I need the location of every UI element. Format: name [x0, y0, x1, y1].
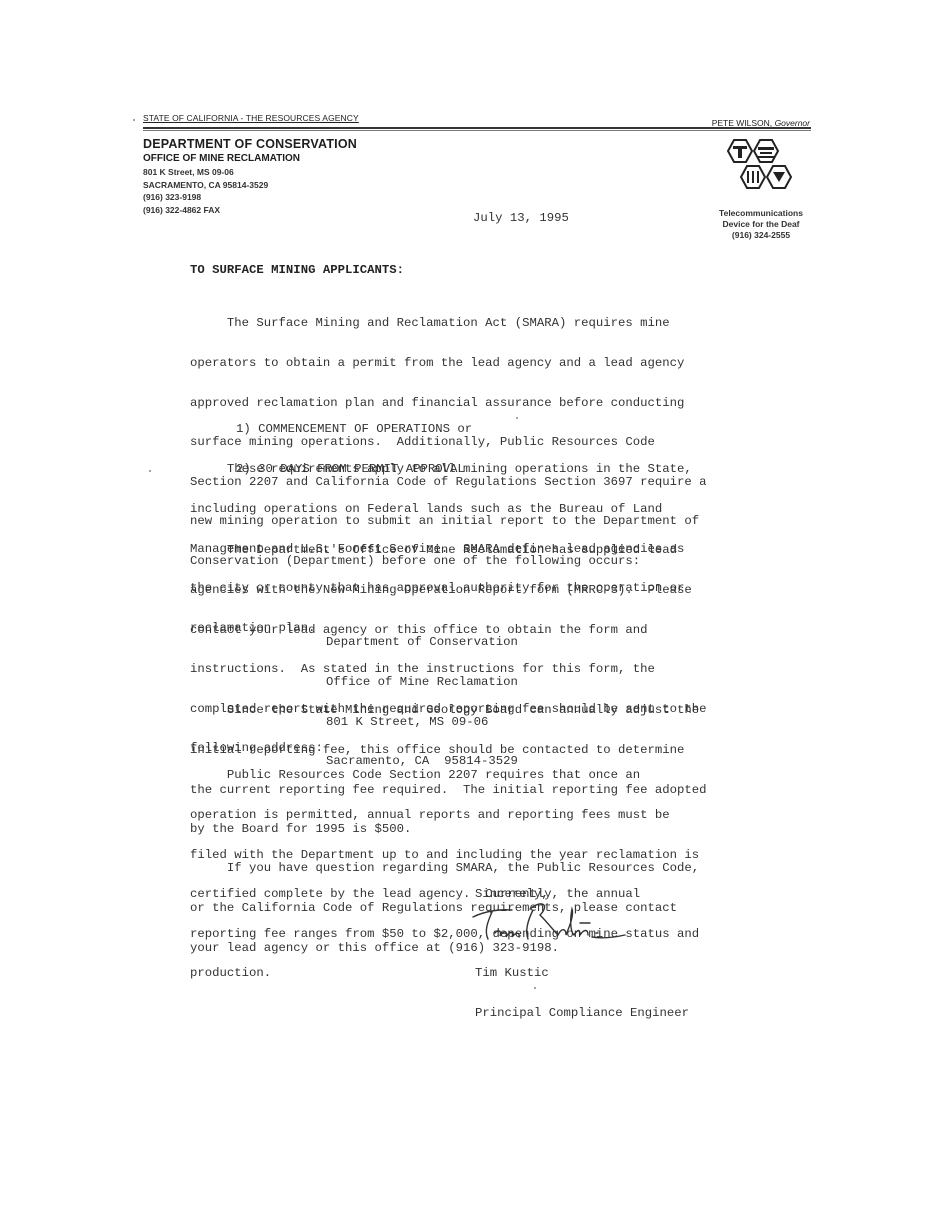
text-line: including operations on Federal lands su… — [190, 503, 692, 516]
office-name: OFFICE OF MINE RECLAMATION — [143, 152, 357, 166]
text-line: Public Resources Code Section 2207 requi… — [190, 769, 699, 782]
text-line: These requirements apply to all mining o… — [190, 463, 692, 476]
salutation: TO SURFACE MINING APPLICANTS: — [190, 263, 404, 277]
list-item: 1) COMMENCEMENT OF OPERATIONS or — [236, 423, 472, 436]
department-block: DEPARTMENT OF CONSERVATION OFFICE OF MIN… — [143, 137, 357, 216]
agency-header: STATE OF CALIFORNIA - THE RESOURCES AGEN… — [143, 113, 359, 123]
scan-speck — [534, 987, 536, 989]
scan-speck — [516, 417, 518, 419]
scan-speck — [149, 470, 151, 472]
tdd-label-line-1: Telecommunications — [702, 208, 820, 219]
tdd-hexagon-logo-icon — [718, 138, 806, 198]
office-address-line: 801 K Street, MS 09-06 — [143, 166, 357, 179]
tdd-phone: (916) 324-2555 — [702, 230, 820, 241]
text-line: agencies with the New Mining Operation R… — [190, 584, 707, 597]
tdd-info: Telecommunications Device for the Deaf (… — [702, 208, 820, 241]
signature-icon — [470, 895, 630, 945]
text-line: Since the State Mining and Geology Board… — [190, 704, 707, 717]
signer-name: Tim Kustic — [475, 967, 689, 980]
tdd-label-line-2: Device for the Deaf — [702, 219, 820, 230]
office-fax-line: (916) 322-4862 FAX — [143, 204, 357, 217]
address-line: Department of Conservation — [326, 636, 518, 649]
signer-block: Tim Kustic Principal Compliance Engineer — [475, 941, 689, 1047]
letter-date: July 13, 1995 — [473, 211, 569, 225]
scan-speck — [133, 119, 135, 121]
text-line: operators to obtain a permit from the le… — [190, 357, 707, 370]
letter-page: STATE OF CALIFORNIA - THE RESOURCES AGEN… — [0, 0, 950, 1230]
text-line: If you have question regarding SMARA, th… — [190, 862, 699, 875]
text-line: operation is permitted, annual reports a… — [190, 809, 699, 822]
text-line: The Surface Mining and Reclamation Act (… — [190, 317, 707, 330]
header-rule-secondary — [143, 130, 811, 131]
office-city-line: SACRAMENTO, CA 95814-3529 — [143, 179, 357, 192]
office-phone-line: (916) 323-9198 — [143, 191, 357, 204]
signer-title: Principal Compliance Engineer — [475, 1007, 689, 1020]
department-name: DEPARTMENT OF CONSERVATION — [143, 137, 357, 152]
text-line: The Department's Office of Mine Reclamat… — [190, 544, 707, 557]
header-rule — [143, 127, 811, 129]
